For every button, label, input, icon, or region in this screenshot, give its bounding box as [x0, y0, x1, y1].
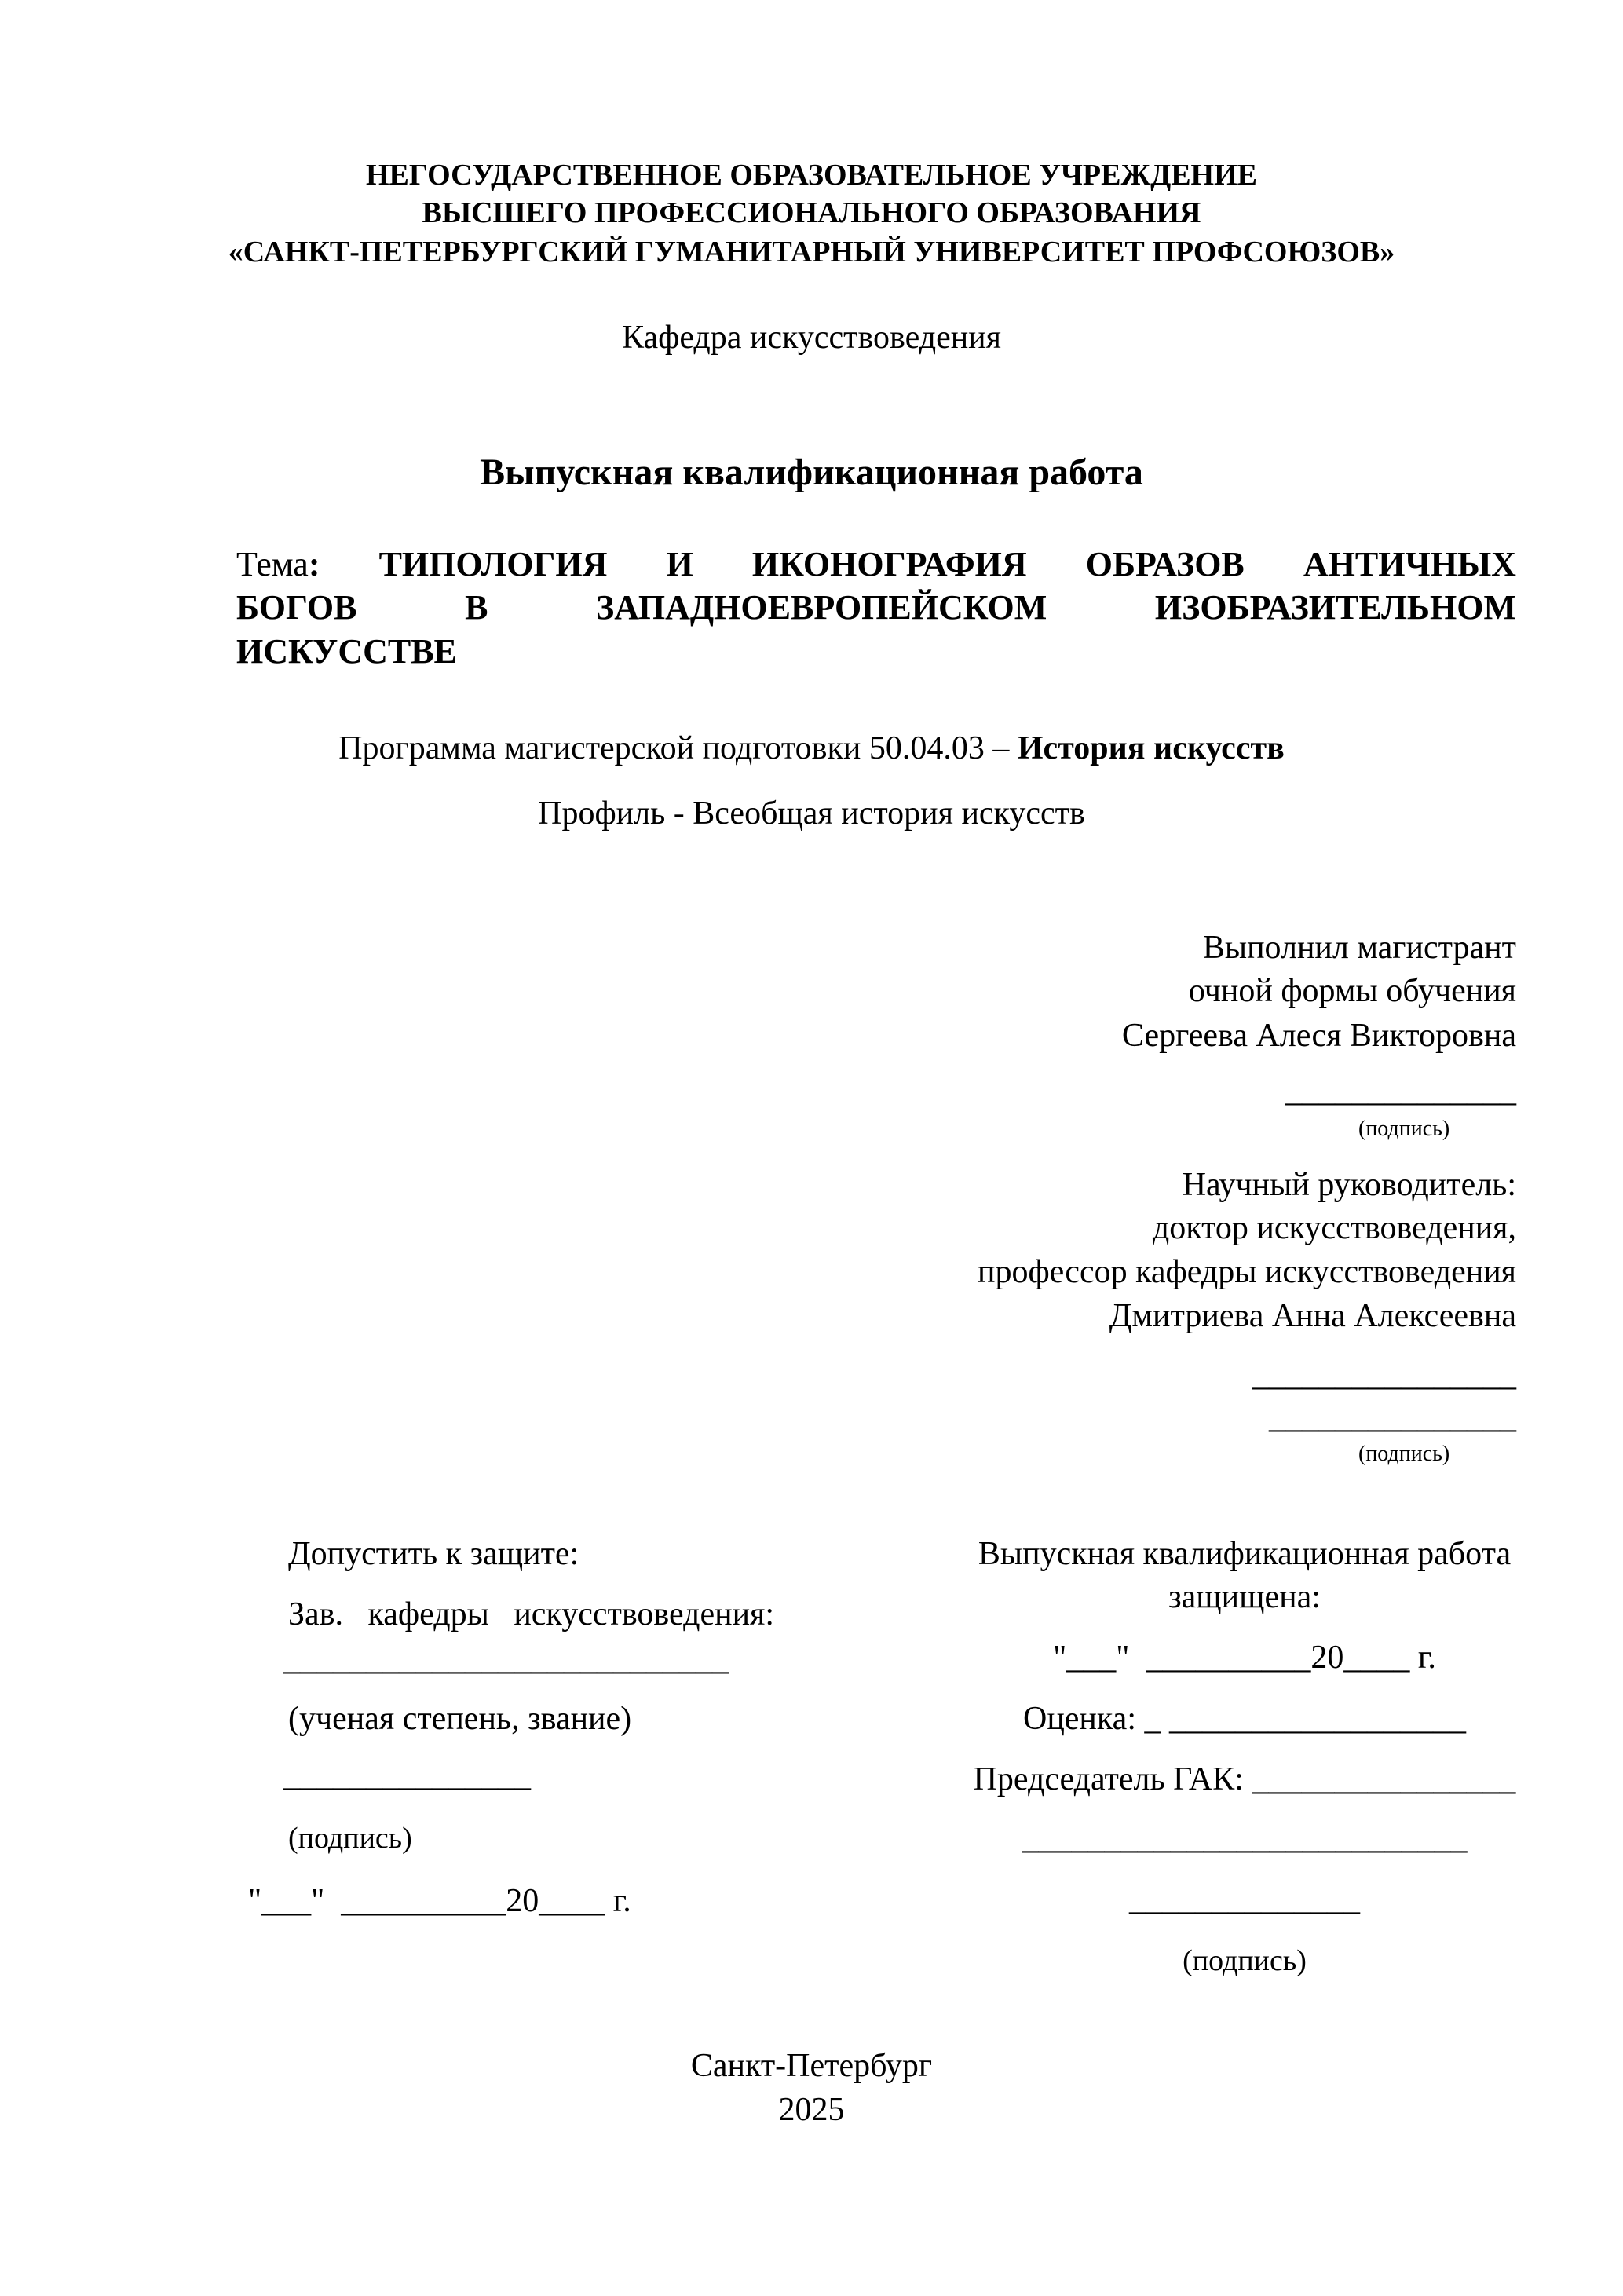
admission-degree-caption: (ученая степень, звание) [288, 1702, 631, 1735]
student-line-1: Выполнил магистрант [1203, 931, 1516, 964]
supervisor-label: Научный руководитель: [1183, 1168, 1516, 1201]
topic-line-1: Тема: ТИПОЛОГИЯ И ИКОНОГРАФИЯ ОБРАЗОВ АН… [236, 547, 1516, 582]
department: Кафедра искусствоведения [0, 321, 1623, 354]
supervisor-signature-line-b: _______________ [1269, 1401, 1516, 1434]
topic-line-2: БОГОВ В ЗАПАДНОЕВРОПЕЙСКОМ ИЗОБРАЗИТЕЛЬН… [236, 590, 1516, 625]
defense-signature-line-a: ___________________________ [903, 1822, 1586, 1855]
institution-line-3: «САНКТ-ПЕТЕРБУРГСКИЙ ГУМАНИТАРНЫЙ УНИВЕР… [0, 237, 1623, 267]
supervisor-signature-caption: (подпись) [1358, 1443, 1449, 1465]
admission-head-label: Зав. кафедры искусствоведения: [288, 1598, 774, 1631]
student-signature-caption: (подпись) [1358, 1118, 1449, 1140]
footer-year: 2025 [0, 2093, 1623, 2126]
profile: Профиль - Всеобщая история искусств [0, 797, 1623, 830]
student-line-2: очной формы обучения [1189, 974, 1516, 1007]
supervisor-position: профессор кафедры искусствоведения [978, 1256, 1516, 1289]
defense-line-2: защищена: [903, 1581, 1586, 1614]
program-name: История искусств [1018, 730, 1285, 766]
supervisor-signature-line-a: ________________ [1252, 1358, 1516, 1391]
institution-line-2: ВЫСШЕГО ПРОФЕССИОНАЛЬНОГО ОБРАЗОВАНИЯ [0, 198, 1623, 228]
work-title: Выпускная квалификационная работа [0, 454, 1623, 492]
supervisor-name: Дмитриева Анна Алексеевна [1109, 1300, 1516, 1333]
supervisor-degree: доктор искусствоведения, [1153, 1212, 1516, 1245]
student-name: Сергеева Алеся Викторовна [1122, 1019, 1516, 1052]
topic-line-3: ИСКУССТВЕ [236, 634, 457, 669]
admission-date: "___" __________20____ г. [248, 1885, 631, 1918]
defense-date: "___" __________20____ г. [903, 1641, 1586, 1674]
admission-head-line: ___________________________ [283, 1643, 729, 1676]
topic-label: Тема [236, 545, 309, 583]
institution-line-1: НЕГОСУДАРСТВЕННОЕ ОБРАЗОВАТЕЛЬНОЕ УЧРЕЖД… [0, 160, 1623, 190]
student-signature-line: ______________ [1285, 1074, 1516, 1107]
defense-signature-line-b: ______________ [903, 1883, 1586, 1916]
footer-city: Санкт-Петербург [0, 2049, 1623, 2082]
admission-signature-caption: (подпись) [288, 1823, 412, 1853]
defense-grade: Оценка: _ __________________ [903, 1702, 1586, 1735]
program: Программа магистерской подготовки 50.04.… [0, 732, 1623, 765]
defense-signature-caption: (подпись) [903, 1946, 1586, 1976]
defense-line-1: Выпускная квалификационная работа [903, 1537, 1586, 1570]
defense-chair: Председатель ГАК: ________________ [903, 1763, 1586, 1796]
admission-label: Допустить к защите: [288, 1537, 579, 1570]
admission-signature-line: _______________ [283, 1759, 531, 1792]
